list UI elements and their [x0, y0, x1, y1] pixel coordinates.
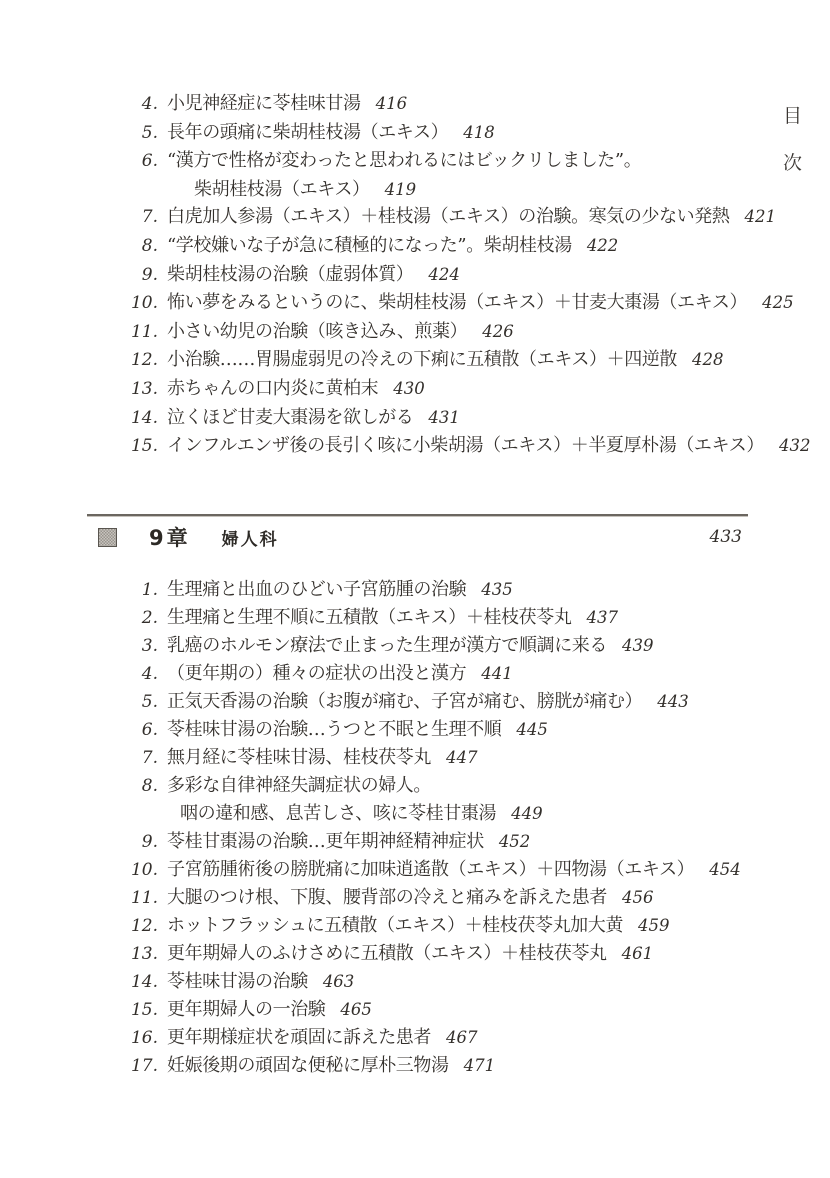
toc-row: 15.インフルエンザ後の長引く咳に小柴胡湯（エキス）＋半夏厚朴湯（エキス）432: [128, 432, 810, 461]
toc-row: 16.更年期様症状を頑固に訴えた患者467: [128, 1024, 741, 1052]
toc-row: 8.多彩な自律神経失調症状の婦人。: [128, 772, 741, 800]
toc-row: 5.長年の頭痛に柴胡桂枝湯（エキス）418: [128, 119, 810, 148]
toc-item-page-number: 419: [385, 176, 417, 204]
toc-item-number: 12.: [128, 347, 158, 375]
toc-row: 9.苓桂甘棗湯の治験…更年期神経精神症状452: [128, 828, 741, 856]
toc-item-page-number: 428: [692, 346, 724, 374]
toc-item-page-number: 454: [709, 856, 741, 884]
toc-item-number: 16.: [128, 1024, 158, 1052]
toc-item-title: “学校嫌いな子が急に積極的になった”。柴胡桂枝湯: [167, 232, 572, 260]
toc-row: 4.小児神経症に苓桂味甘湯416: [128, 90, 810, 119]
chapter-title: 婦人科: [222, 525, 279, 550]
toc-row: 13.更年期婦人のふけさめに五積散（エキス）＋桂枝茯苓丸461: [128, 940, 741, 968]
toc-item-title: 咽の違和感、息苦しさ、咳に苓桂甘棗湯: [167, 800, 496, 828]
toc-item-page-number: 456: [622, 884, 654, 912]
toc-item-title: 無月経に苓桂味甘湯、桂枝茯苓丸: [167, 744, 431, 772]
toc-item-title: 正気天香湯の治験（お腹が痛む、子宮が痛む、膀胱が痛む）: [167, 688, 642, 716]
toc-item-page-number: 432: [779, 432, 811, 460]
toc-row: 13.赤ちゃんの口内炎に黄柏末430: [128, 375, 810, 404]
toc-item-number: 7.: [128, 744, 158, 772]
toc-item-title: 更年期婦人の一治験: [167, 996, 325, 1024]
toc-row: 咽の違和感、息苦しさ、咳に苓桂甘棗湯449: [128, 800, 741, 828]
toc-item-number: 5.: [128, 120, 158, 148]
toc-item-title: （更年期の）種々の症状の出没と漢方: [167, 660, 466, 688]
toc-item-number: 12.: [128, 912, 158, 940]
toc-row: 11.小さい幼児の治験（咳き込み、煎薬）426: [128, 318, 810, 347]
toc-item-title: 更年期様症状を頑固に訴えた患者: [167, 1024, 431, 1052]
toc-row: 7.無月経に苓桂味甘湯、桂枝茯苓丸447: [128, 744, 741, 772]
toc-list-chapter-9: 1.生理痛と出血のひどい子宮筋腫の治験4352.生理痛と生理不順に五積散（エキス…: [128, 576, 741, 1080]
toc-item-title: 小児神経症に苓桂味甘湯: [167, 90, 361, 118]
toc-row: 12.ホットフラッシュに五積散（エキス）＋桂枝茯苓丸加大黄459: [128, 912, 741, 940]
toc-item-number: 11.: [128, 884, 158, 912]
toc-item-title: 赤ちゃんの口内炎に黄柏末: [167, 375, 378, 403]
toc-item-title: 妊娠後期の頑固な便秘に厚朴三物湯: [167, 1052, 449, 1080]
toc-item-page-number: 425: [762, 289, 794, 317]
toc-item-title: 小さい幼児の治験（咳き込み、煎薬）: [167, 318, 467, 346]
toc-item-title: 生理痛と生理不順に五積散（エキス）＋桂枝茯苓丸: [167, 604, 571, 632]
toc-page: 目 次 4.小児神経症に苓桂味甘湯4165.長年の頭痛に柴胡桂枝湯（エキス）41…: [0, 0, 830, 1178]
toc-item-page-number: 452: [499, 828, 531, 856]
chapter-heading: 9章 婦人科 433: [87, 514, 748, 552]
toc-item-title: 更年期婦人のふけさめに五積散（エキス）＋桂枝茯苓丸: [167, 940, 607, 968]
toc-row: 10.子宮筋腫術後の膀胱痛に加味逍遙散（エキス）＋四物湯（エキス）454: [128, 856, 741, 884]
toc-row: 14.苓桂味甘湯の治験463: [128, 968, 741, 996]
toc-item-number: 8.: [128, 233, 158, 261]
toc-item-page-number: 449: [511, 800, 543, 828]
toc-item-page-number: 418: [463, 119, 495, 147]
toc-row: 8.“学校嫌いな子が急に積極的になった”。柴胡桂枝湯422: [128, 232, 810, 261]
toc-item-number: 14.: [128, 968, 158, 996]
toc-row: 1.生理痛と出血のひどい子宮筋腫の治験435: [128, 576, 741, 604]
toc-item-page-number: 467: [446, 1024, 478, 1052]
toc-item-number: 13.: [128, 940, 158, 968]
toc-row: 11.大腿のつけ根、下腹、腰背部の冷えと痛みを訴えた患者456: [128, 884, 741, 912]
toc-item-title: インフルエンザ後の長引く咳に小柴胡湯（エキス）＋半夏厚朴湯（エキス）: [167, 432, 764, 460]
toc-item-title: 苓桂味甘湯の治験: [167, 968, 308, 996]
toc-item-page-number: 465: [340, 996, 372, 1024]
toc-item-title: 苓桂味甘湯の治験…うつと不眠と生理不順: [167, 716, 501, 744]
toc-row: 7.白虎加人参湯（エキス）＋桂枝湯（エキス）の治験。寒気の少ない発熱421: [128, 203, 810, 232]
toc-row: 4.（更年期の）種々の症状の出没と漢方441: [128, 660, 741, 688]
toc-row: 2.生理痛と生理不順に五積散（エキス）＋桂枝茯苓丸437: [128, 604, 741, 632]
toc-item-title: 乳癌のホルモン療法で止まった生理が漢方で順調に来る: [167, 632, 607, 660]
toc-item-page-number: 459: [638, 912, 670, 940]
toc-row: 3.乳癌のホルモン療法で止まった生理が漢方で順調に来る439: [128, 632, 741, 660]
toc-item-page-number: 435: [481, 576, 513, 604]
toc-item-page-number: 416: [376, 90, 408, 118]
toc-item-page-number: 422: [587, 232, 619, 260]
toc-item-page-number: 443: [657, 688, 689, 716]
toc-item-page-number: 461: [622, 940, 654, 968]
toc-item-number: 6.: [128, 716, 158, 744]
toc-item-number: 9.: [128, 262, 158, 290]
toc-item-page-number: 463: [323, 968, 355, 996]
toc-item-title: 白虎加人参湯（エキス）＋桂枝湯（エキス）の治験。寒気の少ない発熱: [167, 203, 729, 231]
toc-row: 17.妊娠後期の頑固な便秘に厚朴三物湯471: [128, 1052, 741, 1080]
toc-item-title: 怖い夢をみるというのに、柴胡桂枝湯（エキス）＋甘麦大棗湯（エキス）: [167, 289, 747, 317]
toc-item-title: 柴胡桂枝湯（エキス）: [167, 176, 370, 204]
toc-row: 6.苓桂味甘湯の治験…うつと不眠と生理不順445: [128, 716, 741, 744]
toc-item-page-number: 431: [428, 404, 460, 432]
toc-item-title: 多彩な自律神経失調症状の婦人。: [167, 772, 431, 800]
toc-item-number: 9.: [128, 828, 158, 856]
toc-item-title: 子宮筋腫術後の膀胱痛に加味逍遙散（エキス）＋四物湯（エキス）: [167, 856, 694, 884]
toc-item-number: 11.: [128, 319, 158, 347]
toc-item-number: 3.: [128, 632, 158, 660]
toc-item-page-number: 426: [482, 318, 514, 346]
toc-item-page-number: 445: [516, 716, 548, 744]
toc-item-number: 8.: [128, 772, 158, 800]
toc-list-previous-chapter: 4.小児神経症に苓桂味甘湯4165.長年の頭痛に柴胡桂枝湯（エキス）4186.“…: [128, 90, 810, 461]
toc-item-page-number: 439: [622, 632, 654, 660]
toc-item-number: 17.: [128, 1052, 158, 1080]
toc-item-title: ホットフラッシュに五積散（エキス）＋桂枝茯苓丸加大黄: [167, 912, 623, 940]
toc-item-number: 14.: [128, 405, 158, 433]
toc-item-title: 苓桂甘棗湯の治験…更年期神経精神症状: [167, 828, 484, 856]
toc-item-number: 2.: [128, 604, 158, 632]
toc-item-title: “漢方で性格が変わったと思われるにはビックリしました”。: [167, 147, 641, 175]
toc-row: 柴胡桂枝湯（エキス）419: [128, 176, 810, 204]
toc-item-number: 5.: [128, 688, 158, 716]
toc-item-page-number: 471: [464, 1052, 496, 1080]
toc-item-title: 生理痛と出血のひどい子宮筋腫の治験: [167, 576, 466, 604]
toc-item-number: 6.: [128, 148, 158, 176]
toc-item-number: 4.: [128, 660, 158, 688]
toc-row: 10.怖い夢をみるというのに、柴胡桂枝湯（エキス）＋甘麦大棗湯（エキス）425: [128, 289, 810, 318]
toc-item-number: 10.: [128, 290, 158, 318]
toc-row: 12.小治験……胃腸虚弱児の冷えの下痢に五積散（エキス）＋四逆散428: [128, 346, 810, 375]
toc-item-number: 10.: [128, 856, 158, 884]
toc-item-number: 7.: [128, 204, 158, 232]
toc-row: 5.正気天香湯の治験（お腹が痛む、子宮が痛む、膀胱が痛む）443: [128, 688, 741, 716]
toc-row: 14.泣くほど甘麦大棗湯を欲しがる431: [128, 404, 810, 433]
toc-item-title: 大腿のつけ根、下腹、腰背部の冷えと痛みを訴えた患者: [167, 884, 607, 912]
toc-item-number: 4.: [128, 91, 158, 119]
chapter-page-number: 433: [710, 527, 742, 547]
toc-row: 6.“漢方で性格が変わったと思われるにはビックリしました”。: [128, 147, 810, 176]
toc-item-page-number: 437: [586, 604, 618, 632]
toc-item-number: 15.: [128, 433, 158, 461]
chapter-number: 9章: [149, 522, 191, 552]
toc-item-page-number: 447: [446, 744, 478, 772]
toc-item-page-number: 424: [428, 261, 460, 289]
toc-item-page-number: 441: [481, 660, 513, 688]
chapter-marker-square-icon: [98, 528, 117, 547]
toc-item-page-number: 430: [393, 375, 425, 403]
toc-item-page-number: 421: [744, 203, 776, 231]
toc-item-number: 15.: [128, 996, 158, 1024]
toc-item-number: 13.: [128, 376, 158, 404]
toc-item-number: 1.: [128, 576, 158, 604]
toc-item-title: 泣くほど甘麦大棗湯を欲しがる: [167, 404, 413, 432]
toc-row: 9.柴胡桂枝湯の治験（虚弱体質）424: [128, 261, 810, 290]
toc-row: 15.更年期婦人の一治験465: [128, 996, 741, 1024]
toc-item-title: 小治験……胃腸虚弱児の冷えの下痢に五積散（エキス）＋四逆散: [167, 346, 677, 374]
toc-item-title: 長年の頭痛に柴胡桂枝湯（エキス）: [167, 119, 448, 147]
toc-item-title: 柴胡桂枝湯の治験（虚弱体質）: [167, 261, 413, 289]
